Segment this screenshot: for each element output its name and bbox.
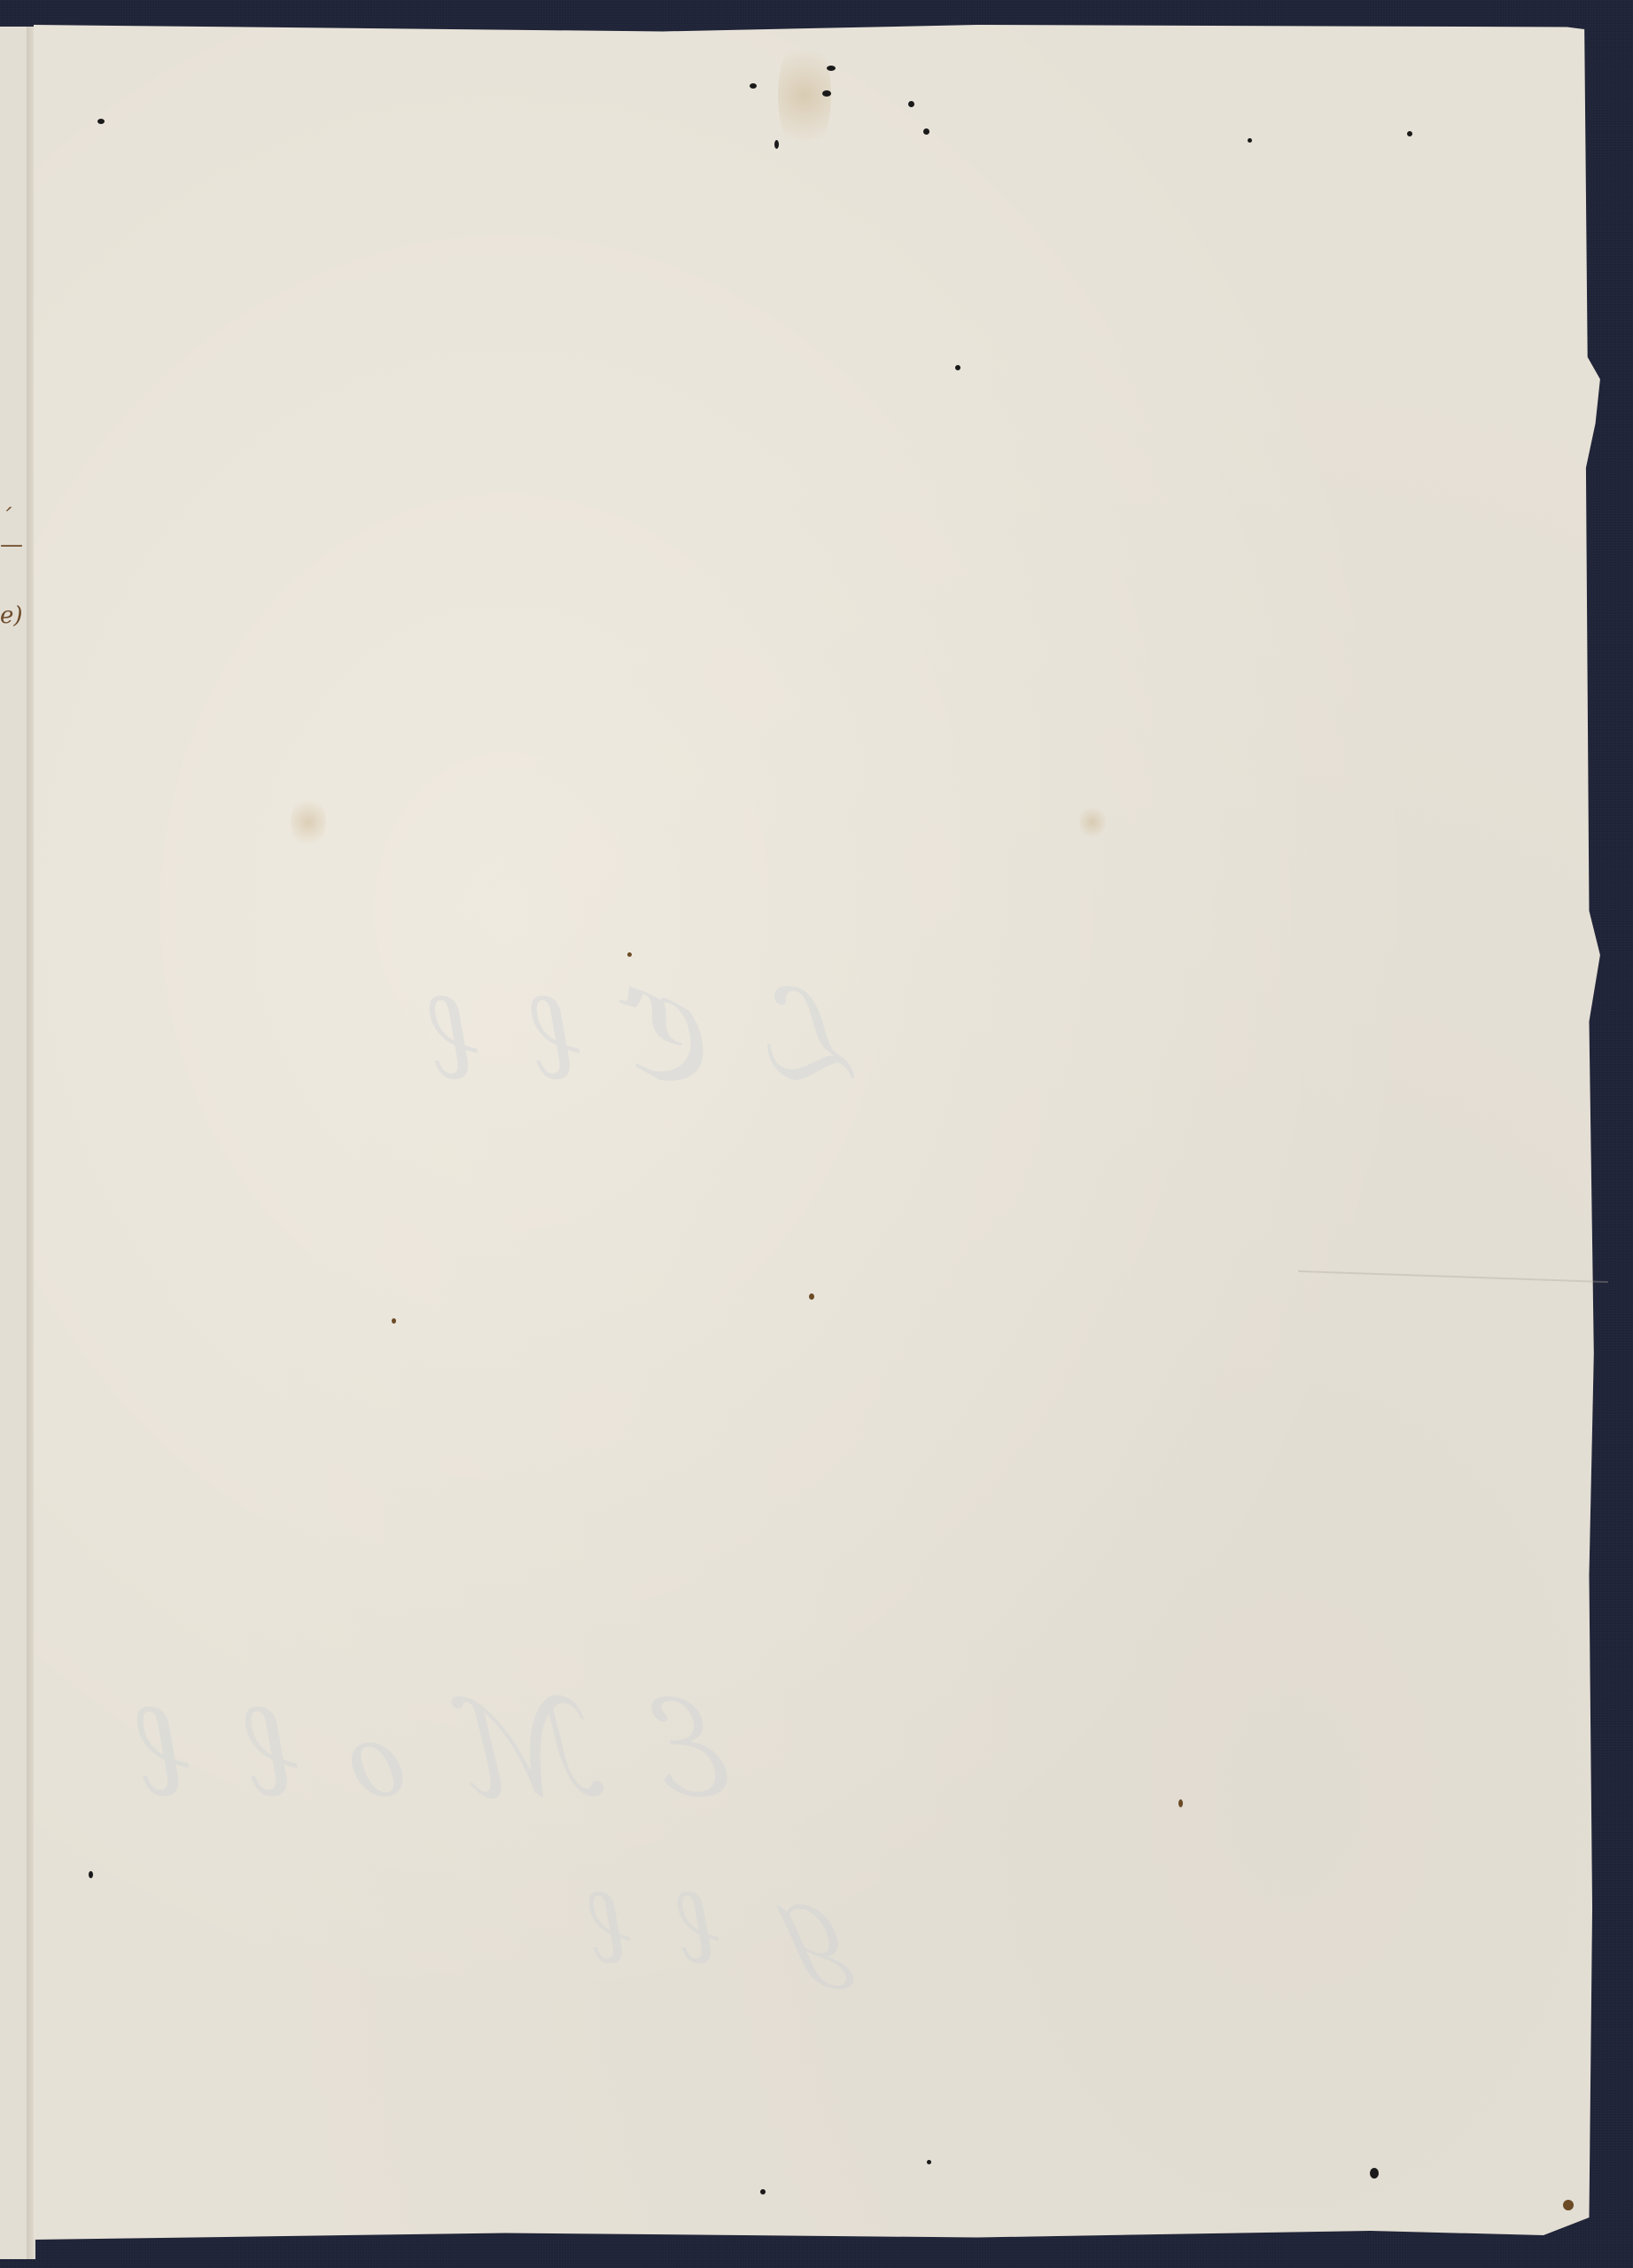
bleed-through-line-1: ℒ ℭ ℓ ℓ [424, 964, 859, 1108]
bleed-through-line-2: ℰ ℳ ℴ ℓ ℓ [131, 1673, 743, 1827]
ink-speck [955, 365, 960, 370]
ink-speck [392, 1318, 396, 1324]
margin-fragment-2: — [0, 532, 19, 558]
ink-speck [1563, 2200, 1574, 2210]
ink-speck [750, 83, 757, 89]
margin-fragment-3: e) [0, 602, 19, 629]
ink-speck [809, 1293, 814, 1300]
ink-speck [760, 2189, 766, 2194]
ink-speck [1407, 131, 1412, 136]
margin-fragment-1: ´ [0, 505, 19, 532]
blank-page: ℒ ℭ ℓ ℓ ℰ ℳ ℴ ℓ ℓ ℊ ℓ ℓ [34, 25, 1606, 2240]
ink-speck [1248, 138, 1252, 143]
ink-speck [927, 2160, 931, 2164]
bleed-through-line-3: ℊ ℓ ℓ [583, 1841, 872, 1993]
foxing-stain [291, 796, 326, 849]
ink-speck [97, 119, 105, 124]
ink-speck [908, 101, 914, 107]
ink-speck [827, 66, 836, 71]
ink-speck [822, 90, 831, 97]
ink-speck [627, 952, 632, 957]
ink-speck [89, 1871, 93, 1878]
ink-speck [774, 140, 779, 149]
ink-speck [1370, 2168, 1379, 2179]
foxing-stain [1079, 804, 1106, 840]
adjacent-leaf-edge: ´ — e) [0, 27, 30, 2259]
ink-speck [1178, 1799, 1183, 1807]
ink-speck [923, 128, 929, 135]
